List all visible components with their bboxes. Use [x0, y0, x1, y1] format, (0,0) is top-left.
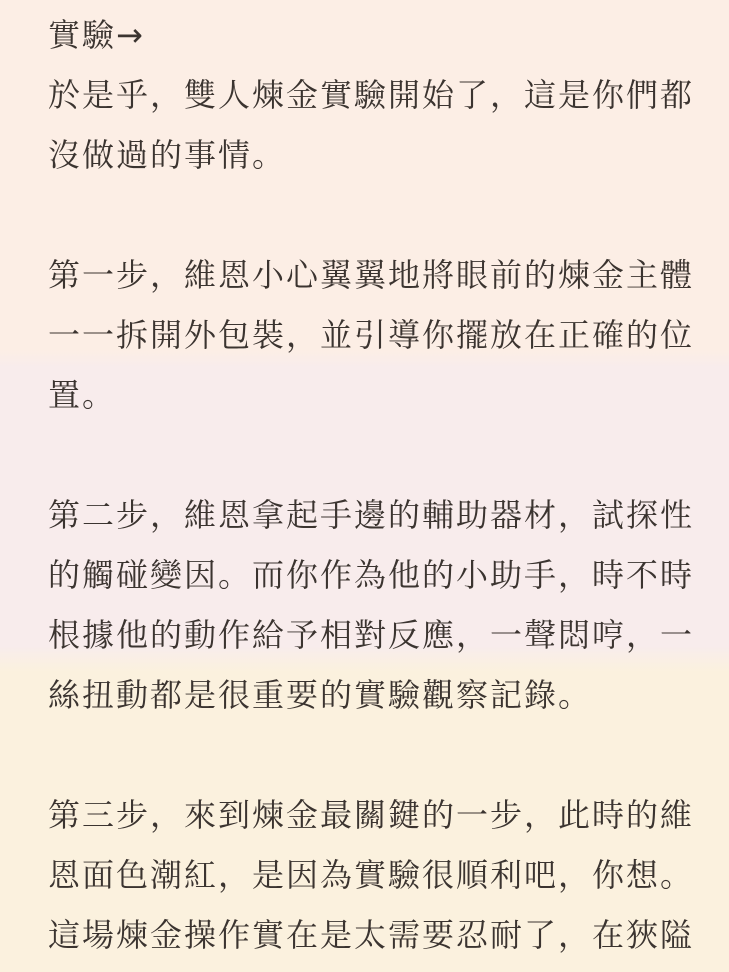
- text-line: 的觸碰變因。而你作為他的小助手，時不時: [48, 545, 705, 605]
- paragraph: 實驗→ 於是乎，雙人煉金實驗開始了，這是你們都 沒做過的事情。: [48, 5, 705, 185]
- text-line: 於是乎，雙人煉金實驗開始了，這是你們都: [48, 65, 705, 125]
- text-column: 實驗→ 於是乎，雙人煉金實驗開始了，這是你們都 沒做過的事情。 第一步，維恩小心…: [48, 5, 705, 965]
- text-line: 第三步，來到煉金最關鍵的一步，此時的維: [48, 785, 705, 845]
- text-line: 一一拆開外包裝，並引導你擺放在正確的位: [48, 305, 705, 365]
- reading-page: 實驗→ 於是乎，雙人煉金實驗開始了，這是你們都 沒做過的事情。 第一步，維恩小心…: [0, 0, 729, 972]
- paragraph: 第三步，來到煉金最關鍵的一步，此時的維 恩面色潮紅，是因為實驗很順利吧，你想。 …: [48, 785, 705, 965]
- paragraph: 第一步，維恩小心翼翼地將眼前的煉金主體 一一拆開外包裝，並引導你擺放在正確的位 …: [48, 245, 705, 425]
- paragraph: 第二步，維恩拿起手邊的輔助器材，試探性 的觸碰變因。而你作為他的小助手，時不時 …: [48, 485, 705, 725]
- text-line: 實驗→: [48, 5, 705, 65]
- text-line: 沒做過的事情。: [48, 125, 705, 185]
- text-line: 根據他的動作給予相對反應，一聲悶哼，一: [48, 605, 705, 665]
- text-line: 第一步，維恩小心翼翼地將眼前的煉金主體: [48, 245, 705, 305]
- text-line: 第二步，維恩拿起手邊的輔助器材，試探性: [48, 485, 705, 545]
- text-line: 這場煉金操作實在是太需要忍耐了，在狹隘: [48, 905, 705, 965]
- text-line: 恩面色潮紅，是因為實驗很順利吧，你想。: [48, 845, 705, 905]
- text-line: 置。: [48, 365, 705, 425]
- text-line: 絲扭動都是很重要的實驗觀察記錄。: [48, 665, 705, 725]
